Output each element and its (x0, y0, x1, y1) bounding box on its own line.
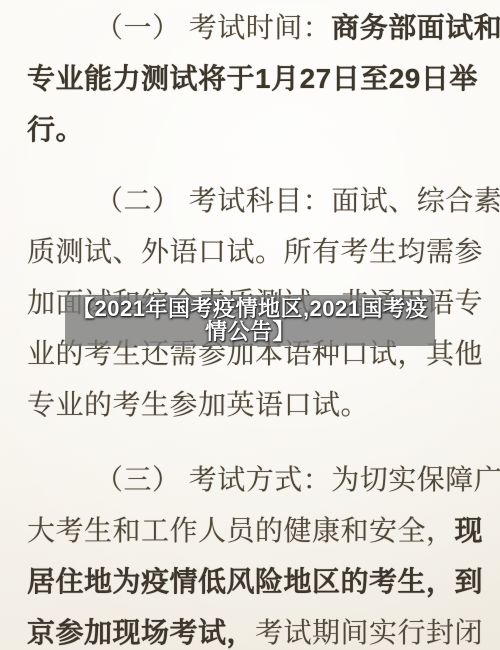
line-segment: 商务部面试和 (331, 12, 500, 43)
watermark-line-1: 【2021年国考疫情地区,2021国考疫 (65, 297, 435, 320)
line-segment: 考试期间实行封闭 (255, 617, 483, 648)
line-segment: 专业能力测试将于1月27日至29日举 (27, 63, 478, 94)
text-line: 专业的考生参加英语口试。 (27, 379, 500, 430)
text-line: 行。 (27, 104, 500, 155)
line-segment: 专业的考生参加英语口试。 (27, 389, 369, 420)
line-segment: 大考生和工作人员的健康和安全， (27, 515, 455, 546)
line-segment: 行。 (27, 114, 84, 145)
text-line: 专业能力测试将于1月27日至29日举 (27, 53, 500, 104)
paragraph-exam-time: （一） 考试时间：商务部面试和 专业能力测试将于1月27日至29日举 行。 (27, 2, 500, 155)
watermark-overlay: 【2021年国考疫情地区,2021国考疫 情公告】 (65, 295, 435, 346)
line-segment: 京参加现场考试， (27, 617, 255, 648)
text-line: （二） 考试科目：面试、综合素 (27, 175, 500, 226)
paragraph-exam-method: （三） 考试方式：为切实保障广 大考生和工作人员的健康和安全，现 居住地为疫情低… (27, 454, 500, 650)
watermark-line-2: 情公告】 (65, 320, 435, 343)
text-line: 大考生和工作人员的健康和安全，现 (27, 505, 500, 556)
line-segment: 为切实保障广 (331, 464, 500, 495)
line-segment: 面试、综合素 (331, 185, 500, 216)
line-segment: 现 (455, 515, 484, 546)
text-line: （三） 考试方式：为切实保障广 (27, 454, 500, 505)
text-line: 质测试、外语口试。所有考生均需参 (27, 226, 500, 277)
text-line: 居住地为疫情低风险地区的考生，到 (27, 556, 500, 607)
text-line: （一） 考试时间：商务部面试和 (27, 2, 500, 53)
line-segment: （一） 考试时间： (95, 12, 331, 43)
line-segment: （二） 考试科目： (95, 185, 331, 216)
line-segment: 质测试、外语口试。所有考生均需参 (27, 236, 483, 267)
line-segment: （三） 考试方式： (95, 464, 331, 495)
line-segment: 居住地为疫情低风险地区的考生，到 (27, 566, 483, 597)
text-line: 京参加现场考试，考试期间实行封闭 (27, 607, 500, 650)
article-photo-page: （一） 考试时间：商务部面试和 专业能力测试将于1月27日至29日举 行。 （二… (0, 0, 500, 650)
